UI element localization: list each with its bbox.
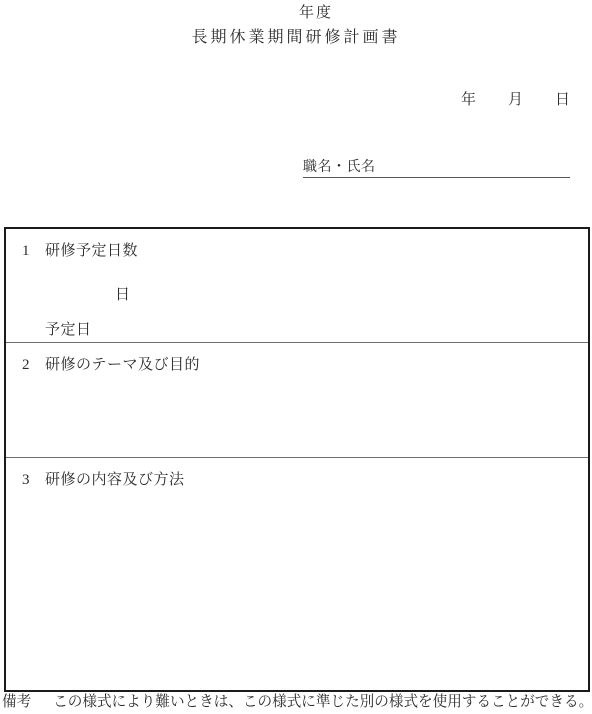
section-2-number: 2 [22,357,45,374]
section-2-label: 2研修のテーマ及び目的 [22,353,200,374]
section-theme-purpose: 2研修のテーマ及び目的 [6,343,588,458]
document-title: 長期休業期間研修計画書 [0,24,592,47]
remarks-text: この様式により難いときは、この様式に準じた別の様式を使用することができる。 [53,694,592,710]
section-3-number: 3 [22,472,45,489]
section-1-title: 研修予定日数 [45,243,138,259]
date-day-label: 日 [555,88,570,109]
section-1-number: 1 [22,243,45,260]
fiscal-year-title: 年度 [0,1,592,22]
date-year-label: 年 [461,88,476,109]
document-page: 年度 長期休業期間研修計画書 年 月 日 職名・氏名 1研修予定日数 日 予定日… [0,0,592,714]
date-month-label: 月 [508,88,523,109]
section-3-title: 研修の内容及び方法 [45,472,185,488]
signature-label: 職名・氏名 [303,160,376,175]
section-1-label: 1研修予定日数 [22,239,138,260]
form-table: 1研修予定日数 日 予定日 2研修のテーマ及び目的 3研修の内容及び方法 [4,227,590,692]
section-3-label: 3研修の内容及び方法 [22,468,185,489]
signature-field: 職名・氏名 [303,158,570,178]
date-line: 年 月 日 [461,88,570,109]
day-unit-label: 日 [115,283,131,304]
section-content-method: 3研修の内容及び方法 [6,458,588,690]
remarks-label: 備考 [2,694,31,710]
section-2-title: 研修のテーマ及び目的 [45,357,200,373]
section-training-days: 1研修予定日数 日 予定日 [6,229,588,343]
scheduled-date-label: 予定日 [45,318,92,339]
remarks-note: 備考この様式により難いときは、この様式に準じた別の様式を使用することができる。 [2,693,592,712]
